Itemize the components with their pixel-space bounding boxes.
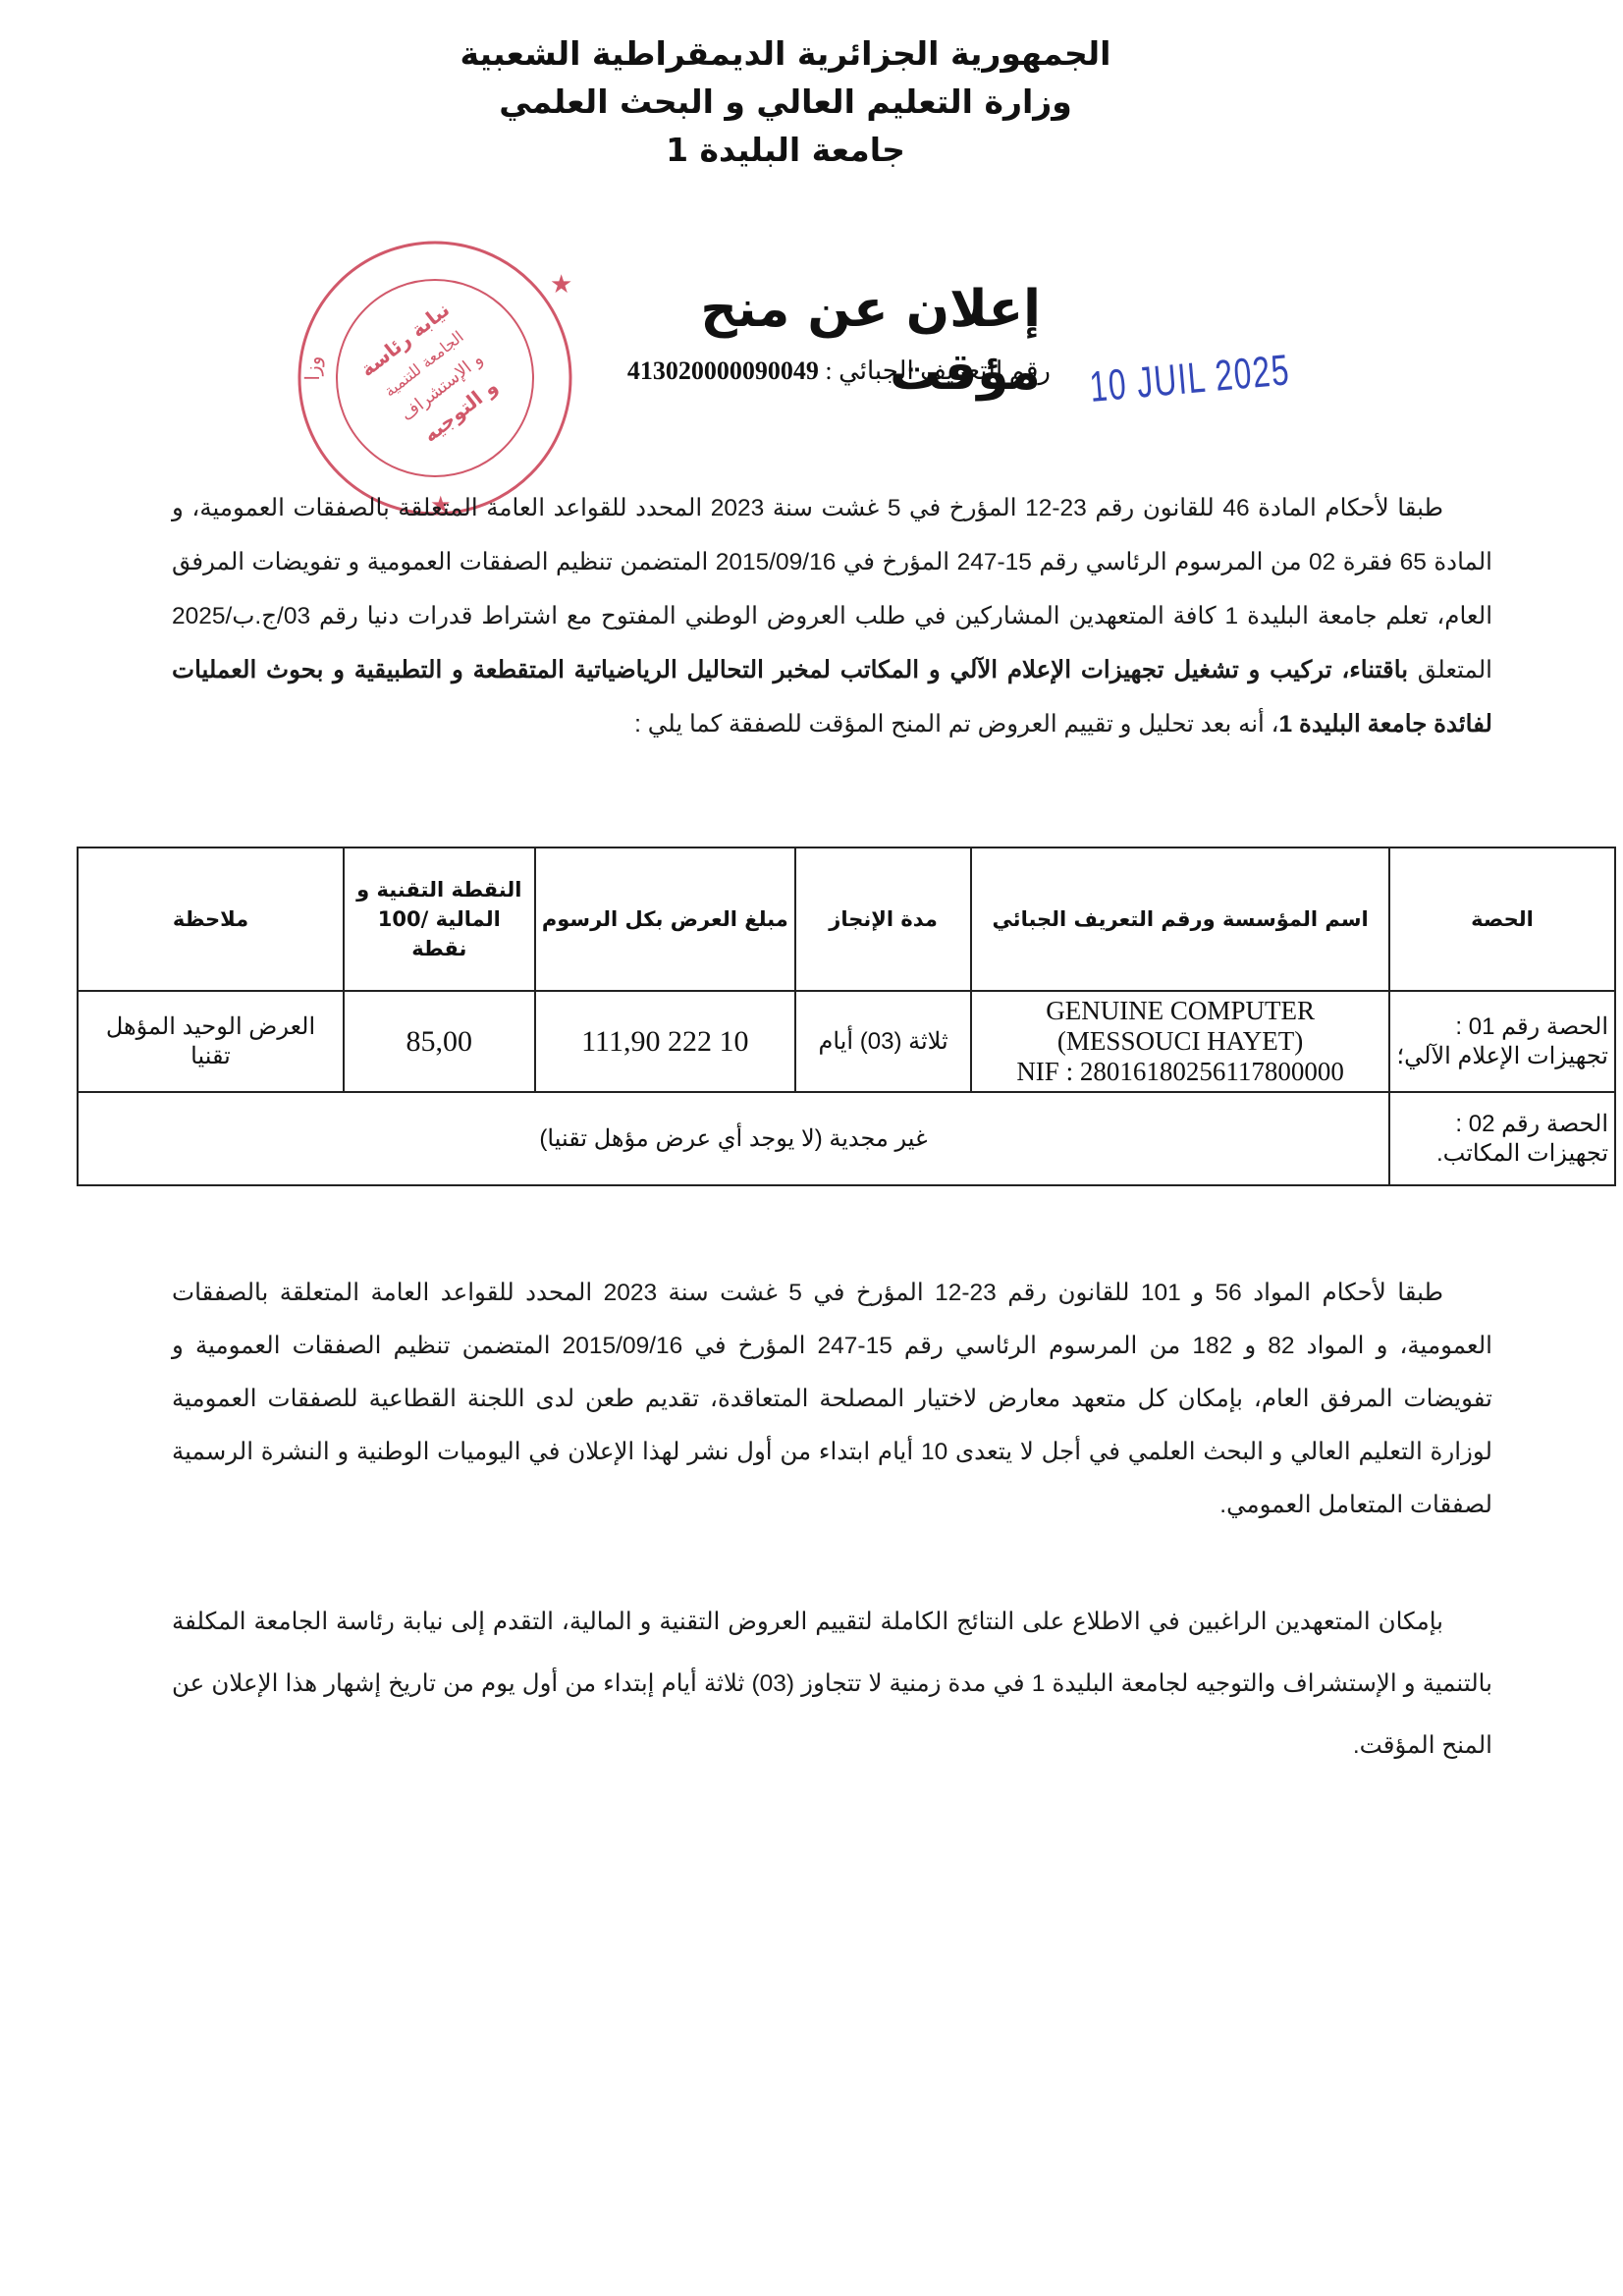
appeal-paragraph: طبقا لأحكام المواد 56 و 101 للقانون رقم … <box>172 1267 1492 1532</box>
date-stamp: 10 JUIL 2025 <box>1088 346 1292 412</box>
score-cell: 85,00 <box>344 991 535 1092</box>
header-note: ملاحظة <box>78 847 344 991</box>
table-header-row: الحصة اسم المؤسسة ورقم التعريف الجبائي م… <box>78 847 1615 991</box>
appeal-text: طبقا لأحكام المواد 56 و 101 للقانون رقم … <box>172 1280 1492 1518</box>
company-owner: (MESSOUCI HAYET) <box>978 1026 1382 1057</box>
amount-cell: 10 222 111,90 <box>535 991 795 1092</box>
header-lot: الحصة <box>1389 847 1615 991</box>
university-name: جامعة البليدة 1 <box>442 126 1129 174</box>
tax-id-label: رقم التعريف الجبائي : <box>825 356 1051 385</box>
header-company: اسم المؤسسة ورقم التعريف الجبائي <box>971 847 1389 991</box>
ministry-name: وزارة التعليم العالي و البحث العلمي <box>442 78 1129 126</box>
document-header: الجمهورية الجزائرية الديمقراطية الشعبية … <box>442 29 1129 174</box>
award-table: الحصة اسم المؤسسة ورقم التعريف الجبائي م… <box>77 847 1616 1186</box>
header-score: النقطة التقنية و المالية /100 نقطة <box>344 847 535 991</box>
intro-paragraph: طبقا لأحكام المادة 46 للقانون رقم 23-12 … <box>172 481 1492 751</box>
unsuccessful-status-cell: غير مجدية (لا يوجد أي عرض مؤهل تقنيا) <box>78 1092 1389 1185</box>
document-page: الجمهورية الجزائرية الديمقراطية الشعبية … <box>0 0 1623 2296</box>
results-access-paragraph: بإمكان المتعهدين الراغبين في الاطلاع على… <box>172 1591 1492 1777</box>
company-cell: GENUINE COMPUTER (MESSOUCI HAYET) NIF : … <box>971 991 1389 1092</box>
header-duration: مدة الإنجاز <box>795 847 971 991</box>
header-amount: مبلغ العرض بكل الرسوم <box>535 847 795 991</box>
note-cell: العرض الوحيد المؤهل تقنيا <box>78 991 344 1092</box>
company-nif: NIF : 28016180256117800000 <box>978 1057 1382 1087</box>
republic-name: الجمهورية الجزائرية الديمقراطية الشعبية <box>442 29 1129 78</box>
table-row: الحصة رقم 02 : تجهيزات المكاتب. غير مجدي… <box>78 1092 1615 1185</box>
lot-cell: الحصة رقم 01 : تجهيزات الإعلام الآلي؛ <box>1389 991 1615 1092</box>
intro-text: طبقا لأحكام المادة 46 للقانون رقم 23-12 … <box>172 495 1492 683</box>
svg-text:وزارة التعليم العالي و البحث ا: وزارة التعليم العالي و البحث العلمي جامع… <box>293 236 326 381</box>
company-name: GENUINE COMPUTER <box>978 996 1382 1026</box>
table-row: الحصة رقم 01 : تجهيزات الإعلام الآلي؛ GE… <box>78 991 1615 1092</box>
intro-text-end: ، أنه بعد تحليل و تقييم العروض تم المنح … <box>634 711 1278 738</box>
tax-id-line: رقم التعريف الجبائي : 413020000090049 <box>540 354 1051 389</box>
duration-cell: ثلاثة (03) أيام <box>795 991 971 1092</box>
lot-cell: الحصة رقم 02 : تجهيزات المكاتب. <box>1389 1092 1615 1185</box>
tax-id-value: 413020000090049 <box>627 356 819 385</box>
official-seal-icon: وزارة التعليم العالي و البحث العلمي جامع… <box>293 236 577 520</box>
results-access-text: بإمكان المتعهدين الراغبين في الاطلاع على… <box>172 1609 1492 1759</box>
